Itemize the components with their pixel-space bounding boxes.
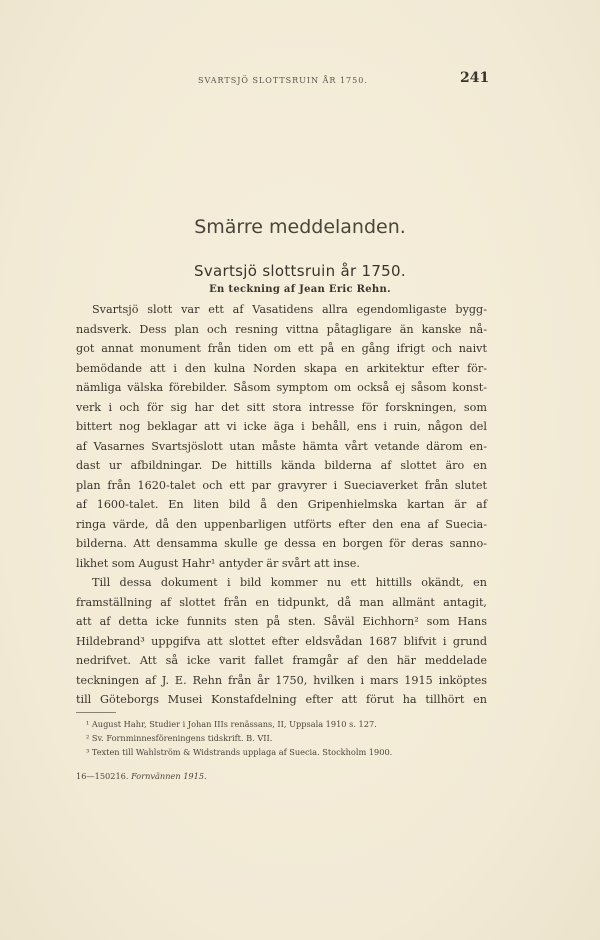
article-subtitle: En teckning af Jean Eric Rehn.: [0, 284, 600, 295]
article-title: Svartsjö slottsruin år 1750.: [0, 262, 600, 280]
body-line: bemödande att i den kulna Norden skapa e…: [76, 359, 487, 379]
body-line: af 1600-talet. En liten bild å den Gripe…: [76, 495, 487, 515]
body-line: till Göteborgs Musei Konstafdelning efte…: [76, 690, 487, 710]
body-line: bilderna. Att densamma skulle ge dessa e…: [76, 534, 487, 554]
footnote: ¹ August Hahr, Studier i Johan IIIs renä…: [86, 717, 392, 731]
body-line: Till dessa dokument i bild kommer nu ett…: [76, 573, 487, 593]
running-head: SVARTSJÖ SLOTTSRUIN ÅR 1750.: [198, 76, 368, 85]
body-line: likhet som August Hahr¹ antyder är svårt…: [76, 554, 487, 574]
body-line: teckningen af J. E. Rehn från år 1750, h…: [76, 671, 487, 691]
body-line: plan från 1620-talet och ett par gravyre…: [76, 476, 487, 496]
body-line: nämliga välska förebilder. Såsom symptom…: [76, 378, 487, 398]
page-number: 241: [460, 70, 489, 86]
body-line: ringa värde, då den uppenbarligen utfört…: [76, 515, 487, 535]
body-line: af Vasarnes Svartsjöslott utan måste häm…: [76, 437, 487, 457]
body-line: framställning af slottet från en tidpunk…: [76, 593, 487, 613]
body-line: Svartsjö slott var ett af Vasatidens all…: [76, 300, 487, 320]
footnote: ³ Texten till Wahlström & Widstrands upp…: [86, 745, 392, 759]
journal-name: Fornvännen 1915.: [131, 771, 207, 781]
body-line: bittert nog beklagar att vi icke äga i b…: [76, 417, 487, 437]
body-line: Hildebrand³ uppgifva att slottet efter e…: [76, 632, 487, 652]
article-body: Svartsjö slott var ett af Vasatidens all…: [76, 300, 487, 710]
footnotes: ¹ August Hahr, Studier i Johan IIIs renä…: [86, 717, 392, 759]
sheet-signature: 16—150216.: [76, 771, 128, 781]
body-line: att af detta icke funnits sten på sten. …: [76, 612, 487, 632]
printer-imprint: 16—150216. Fornvännen 1915.: [76, 771, 207, 781]
body-line: nedrifvet. Att så icke varit fallet fram…: [76, 651, 487, 671]
footnote-divider: [76, 712, 116, 713]
section-title: Smärre meddelanden.: [0, 216, 600, 238]
body-line: nadsverk. Dess plan och resning vittna p…: [76, 320, 487, 340]
body-line: dast ur afbildningar. De hittills kända …: [76, 456, 487, 476]
body-line: verk i och för sig har det sitt stora in…: [76, 398, 487, 418]
footnote: ² Sv. Fornminnesföreningens tidskrift. B…: [86, 731, 392, 745]
document-page: SVARTSJÖ SLOTTSRUIN ÅR 1750. 241 Smärre …: [0, 0, 600, 940]
body-line: got annat monument från tiden om ett på …: [76, 339, 487, 359]
